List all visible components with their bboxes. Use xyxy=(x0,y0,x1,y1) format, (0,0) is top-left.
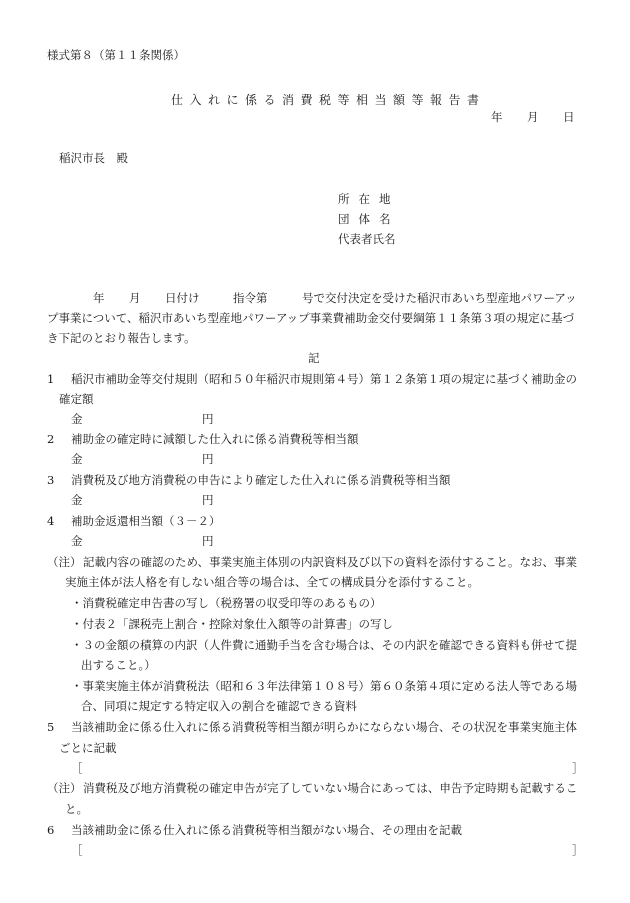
item-number: 6 xyxy=(47,825,54,837)
item-number: 3 xyxy=(47,475,54,487)
intro-day: 日付け xyxy=(165,293,200,305)
item-text: 当該補助金に係る仕入れに係る消費税等相当額が明らかにならない場合、その状況を事業… xyxy=(71,722,577,734)
item-text-cont: 確定額 xyxy=(59,394,94,406)
item-number: 2 xyxy=(47,434,54,446)
group-name-label: 団体名 xyxy=(338,214,400,226)
amount-suffix-yen: 円 xyxy=(202,454,214,466)
intro-line3: き下記のとおり報告します。 xyxy=(47,333,196,345)
item-text-cont: ごとに記載 xyxy=(59,743,117,755)
amount-prefix: 金 xyxy=(71,536,83,548)
item-number: 1 xyxy=(47,374,54,386)
intro-directive: 指令第 xyxy=(233,293,268,305)
date-month: 月 xyxy=(527,112,539,124)
item-text: 稲沢市補助金等交付規則（昭和５０年稲沢市規則第４号）第１２条第１項の規定に基づく… xyxy=(71,374,577,386)
amount-prefix: 金 xyxy=(71,495,83,507)
input-bracket-open[interactable]: ［ xyxy=(71,763,83,775)
item-number: 5 xyxy=(47,722,54,734)
representative-label: 代表者氏名 xyxy=(338,234,396,246)
amount-suffix-yen: 円 xyxy=(202,536,214,548)
date-year: 年 xyxy=(491,112,503,124)
amount-prefix: 金 xyxy=(71,454,83,466)
intro-line2: プ事業について、稲沢市あいち型産地パワーアップ事業費補助金交付要綱第１１条第３項… xyxy=(47,313,574,325)
input-bracket-close: ］ xyxy=(572,845,584,857)
bullet-item-cont: 出すること。） xyxy=(81,660,156,672)
amount-suffix-yen: 円 xyxy=(202,414,214,426)
item-text: 消費税及び地方消費税の申告により確定した仕入れに係る消費税等相当額 xyxy=(71,475,451,487)
document-title: 仕入れに係る消費税等相当額等報告書 xyxy=(171,94,486,106)
item-text: 当該補助金に係る仕入れに係る消費税等相当額がない場合、その理由を記載 xyxy=(71,825,462,837)
bullet-item: ・事業実施主体が消費税法（昭和６３年法律第１０８号）第６０条第４項に定める法人等… xyxy=(71,681,577,693)
bullet-item: ・消費税確定申告書の写し（税務署の収受印等のあるもの） xyxy=(71,598,382,610)
intro-month: 月 xyxy=(129,293,141,305)
address-label: 所在地 xyxy=(338,194,400,206)
input-bracket-open[interactable]: ［ xyxy=(71,845,83,857)
intro-year: 年 xyxy=(93,293,105,305)
form-number: 様式第８（第１１条関係） xyxy=(47,50,185,62)
input-bracket-close: ］ xyxy=(572,763,584,775)
ki-heading: 記 xyxy=(308,353,320,365)
note-text-cont: と。 xyxy=(65,804,88,816)
note-text: 記載内容の確認のため、事業実施主体別の内訳資料及び以下の資料を添付すること。なお… xyxy=(83,557,577,569)
bullet-item-cont: 合、同項に規定する特定収入の割合を確認できる資料 xyxy=(81,701,357,713)
date-day: 日 xyxy=(563,112,575,124)
amount-prefix: 金 xyxy=(71,414,83,426)
bullet-item: ・付表２「課税売上割合・控除対象仕入額等の計算書」の写し xyxy=(71,619,393,631)
item-number: 4 xyxy=(47,516,54,528)
addressee: 稲沢市長 殿 xyxy=(59,153,128,165)
note-label: （注） xyxy=(47,557,82,569)
note-text-cont: 実施主体が法人格を有しない組合等の場合は、全ての構成員分を添付すること。 xyxy=(65,577,479,589)
bullet-item: ・３の金額の積算の内訳（人件費に通勤手当を含む場合は、その内訳を確認できる資料も… xyxy=(71,640,577,652)
item-text: 補助金返還相当額（３－２） xyxy=(71,516,221,528)
amount-suffix-yen: 円 xyxy=(202,495,214,507)
note-label: （注） xyxy=(47,783,82,795)
item-text: 補助金の確定時に減額した仕入れに係る消費税等相当額 xyxy=(71,434,359,446)
note-text: 消費税及び地方消費税の確定申告が完了していない場合にあっては、申告予定時期も記載… xyxy=(83,783,577,795)
intro-line1: 号で交付決定を受けた稲沢市あいち型産地パワーアッ xyxy=(302,293,577,305)
